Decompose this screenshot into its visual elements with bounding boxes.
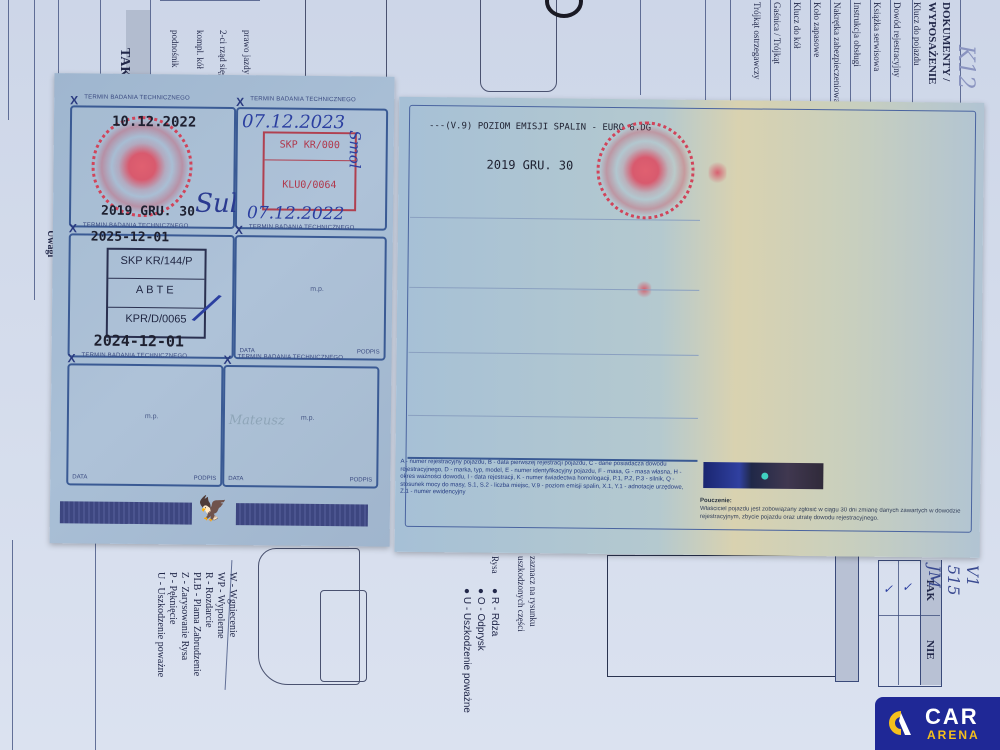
- legend-item-rust: ● R - Rdza: [489, 588, 500, 636]
- hologram-dot: [761, 473, 768, 480]
- checkmark: ✓: [883, 582, 893, 596]
- inspection-cell: X TERMIN BADANIA TECHNICZNEGO 2025-12-01…: [68, 233, 235, 359]
- equipment-item: Instrukcja obsługi: [852, 2, 862, 67]
- cell-label: TERMIN BADANIA TECHNICZNEGO: [84, 94, 190, 101]
- x-mark: X: [235, 223, 243, 237]
- form-item: podnośnik: [170, 30, 180, 68]
- legend-heading: zaznacz na rysunku: [528, 556, 538, 626]
- notes-box: [607, 555, 837, 677]
- cell-label: TERMIN BADANIA TECHNICZNEGO: [83, 222, 189, 229]
- equipment-header: WYPOSAŻENIE: [926, 2, 938, 85]
- signature-label: PODPIS: [350, 477, 373, 483]
- registration-document: X TERMIN BADANIA TECHNICZNEGO 10.12.2022…: [50, 73, 985, 558]
- mp-label: m.p.: [310, 286, 324, 293]
- date-label: DATA: [228, 476, 243, 482]
- stamp-line: ABTE: [108, 279, 204, 309]
- nie-header: NIE: [924, 640, 936, 660]
- cell-label: TERMIN BADANIA TECHNICZNEGO: [249, 224, 355, 231]
- next-inspection-date: 07.12.2023: [242, 111, 345, 133]
- stamp-line: SKP KR/144/P: [108, 250, 204, 280]
- next-inspection-date: 10.12.2022: [112, 114, 196, 131]
- x-mark: X: [223, 353, 231, 367]
- logo-text-car: CAR: [925, 704, 979, 730]
- signature: Sul: [195, 189, 238, 219]
- checkmark: ✓: [902, 580, 912, 594]
- x-mark: X: [70, 93, 78, 107]
- stamp-date: 2024-12-01: [94, 332, 184, 351]
- legend-fine-print: A - numer rejestracyjny pojazdu, B - dat…: [400, 459, 691, 542]
- eagle-emblem-icon: 🦅: [198, 495, 228, 524]
- stamp-date: 07.12.2022: [247, 203, 345, 224]
- seal-bleed: [708, 160, 726, 185]
- x-mark: X: [69, 221, 77, 235]
- legend-item: U - Uszkodzenie poważne: [155, 572, 166, 677]
- legend-item: WP - Wypolerne: [215, 572, 226, 639]
- cell-label: TERMIN BADANIA TECHNICZNEGO: [238, 354, 344, 361]
- form-item: kompl. kół: [195, 30, 205, 69]
- date-label: DATA: [72, 474, 87, 480]
- legend-item: P - Pęknięcie: [167, 572, 178, 624]
- legend-item: Rysa: [490, 556, 500, 574]
- inspection-page: X TERMIN BADANIA TECHNICZNEGO 10.12.2022…: [50, 73, 395, 547]
- equipment-item: Gaśnica / Trójkąt: [772, 2, 782, 64]
- inspection-cell-empty: X TERMIN BADANIA TECHNICZNEGO m.p. Mateu…: [222, 365, 379, 489]
- inspection-cell: X TERMIN BADANIA TECHNICZNEGO 10.12.2022…: [69, 105, 236, 229]
- legend-item-damage: ● U - Uszkodzenie poważne: [461, 588, 472, 713]
- signature: Smol: [346, 130, 364, 169]
- official-seal: [91, 116, 193, 218]
- car-arena-logo: CAR ARENA: [875, 697, 1000, 750]
- car-arena-logo-icon: [887, 709, 915, 737]
- car-diagram-door: [320, 590, 367, 682]
- signature-label: PODPIS: [194, 476, 217, 482]
- stamp-date: 2019 GRU. 30: [487, 158, 574, 173]
- cell-label: TERMIN BADANIA TECHNICZNEGO: [250, 96, 356, 103]
- legend-item: PLB - Plama Zabrudzenie: [191, 572, 202, 676]
- equipment-header: DOKUMENTY /: [940, 2, 952, 81]
- legend-item: R - Rozdarcie: [203, 572, 214, 628]
- equipment-item: Książka serwisowa: [872, 2, 882, 71]
- station-stamp: SKP KR/000 KLU0/0064: [262, 131, 357, 211]
- legend-item-chip: ● O - Odprysk: [475, 588, 486, 651]
- mp-label: m.p.: [145, 413, 159, 420]
- handwritten-plate: V1 515 JM: [925, 565, 982, 596]
- inspection-cell-empty: X TERMIN BADANIA TECHNICZNEGO m.p. DATA …: [66, 363, 223, 487]
- table-column: [835, 555, 859, 682]
- stamp-date: 2019 GRU. 30: [101, 204, 195, 220]
- x-mark: X: [236, 95, 244, 109]
- next-inspection-date: 2025-12-01: [91, 230, 169, 246]
- legend-heading: uszkodzonych części: [516, 556, 526, 632]
- inspection-cell: X TERMIN BADANIA TECHNICZNEGO 07.12.2023…: [235, 107, 388, 231]
- faint-handwriting: Mateusz: [229, 413, 285, 429]
- legend-item: Z - Zarysowanie Rysa: [179, 572, 190, 660]
- notice-title: Pouczenie:: [700, 498, 732, 506]
- notice-text: Właściciel pojazdu jest zobowiązany zgło…: [700, 506, 965, 541]
- official-seal: [596, 121, 695, 220]
- logo-text-arena: ARENA: [927, 728, 980, 742]
- security-band: [236, 503, 368, 526]
- equipment-item: Klucz do kół: [792, 2, 802, 49]
- vehicle-data-page: ---(V.9) POZIOM EMISJI SPALIN - EURO 6.D…: [395, 97, 985, 558]
- station-stamp: SKP KR/144/P ABTE KPR/D/0065: [106, 248, 207, 339]
- cell-label: TERMIN BADANIA TECHNICZNEGO: [82, 352, 188, 359]
- signature-label: PODPIS: [357, 349, 380, 355]
- equipment-item: Dowód rejestracyjny: [892, 2, 902, 77]
- equipment-item: Trójkąt ostrzegawczy: [752, 2, 762, 79]
- stamp-line: SKP KR/000: [265, 139, 355, 151]
- inspection-cell-empty: X TERMIN BADANIA TECHNICZNEGO m.p. DATA …: [234, 235, 387, 361]
- mp-label: m.p.: [301, 415, 315, 422]
- form-item: prawo jazdy: [242, 30, 252, 74]
- stamp-line: KLU0/0064: [264, 179, 354, 191]
- security-band: [60, 501, 192, 524]
- equipment-item: Koło zapasowe: [812, 2, 822, 57]
- x-mark: X: [67, 351, 75, 365]
- form-item: 2-ci rząd sięg.: [218, 30, 228, 81]
- equipment-item: Klucz do pojazdu: [912, 2, 922, 65]
